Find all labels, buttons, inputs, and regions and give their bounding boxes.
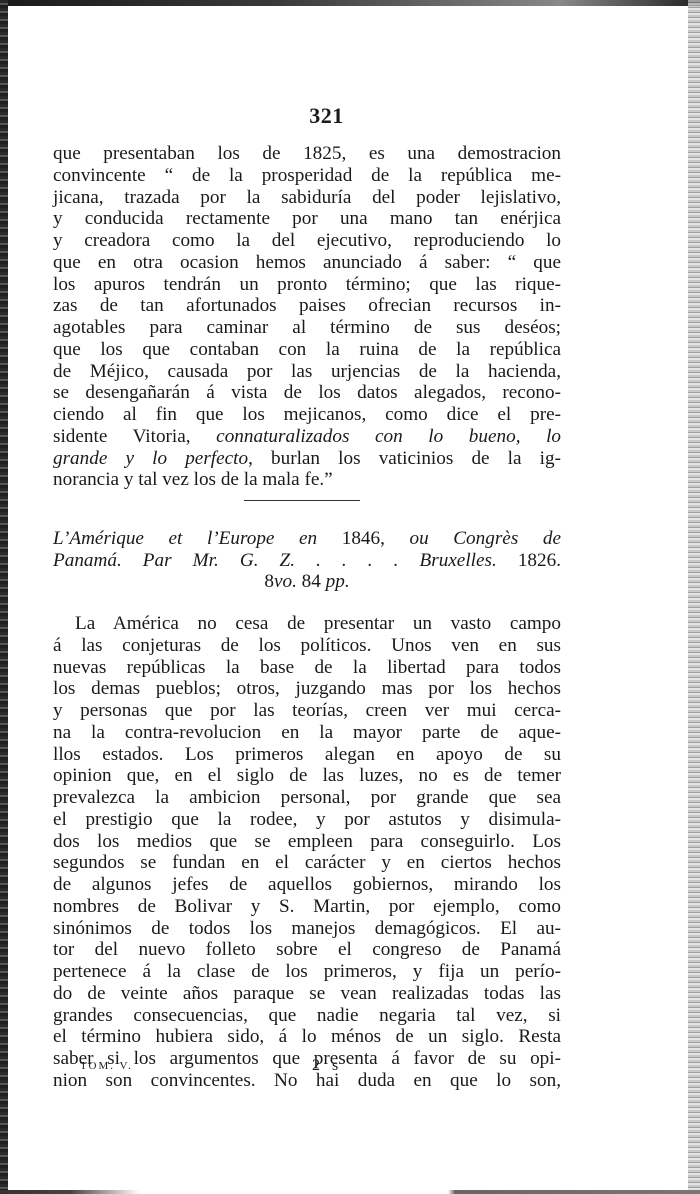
text-line: el prestigio que la rodee, y por astutos… <box>53 809 561 831</box>
text-line: dos los medios que se empleen para conse… <box>53 831 561 853</box>
review-title: L’Amérique et l’Europe en 1846, ou Congr… <box>53 528 561 593</box>
text-line: prevalezca la ambicion personal, por gra… <box>53 787 561 809</box>
quote-paragraph: que presentaban los de 1825, es una demo… <box>53 143 561 491</box>
text-line: na la contra-revolucion en la mayor part… <box>53 722 561 744</box>
text-line: tor del nuevo folleto sobre el congreso … <box>53 939 561 961</box>
text-line: sidente Vitoria, connaturalizados con lo… <box>53 426 561 448</box>
text-line: zas de tan afortunados paises ofrecian r… <box>53 295 561 317</box>
text-line: que en otra ocasion hemos anunciado á sa… <box>53 252 561 274</box>
review-paragraph: La América no cesa de presentar un vasto… <box>53 613 561 1092</box>
text-line: nombres de Bolivar y S. Martin, por ejem… <box>53 896 561 918</box>
text-line: opinion que, en el siglo de las luzes, n… <box>53 765 561 787</box>
text-line: llos estados. Los primeros alegan en apo… <box>53 744 561 766</box>
text-line: segundos se fundan en el carácter y en c… <box>53 852 561 874</box>
text-line: convincente “ de la prosperidad de la re… <box>53 165 561 187</box>
text-line: pertenece á la clase de los primeros, y … <box>53 961 561 983</box>
title-run: L’Amérique et l’Europe en <box>53 528 342 549</box>
title-line: L’Amérique et l’Europe en 1846, ou Congr… <box>53 528 561 550</box>
text-run: , burlan los vaticinios de la ig- <box>248 448 561 469</box>
scan-edge-right <box>688 0 700 1194</box>
text-line: que los que contaban con la ruina de la … <box>53 339 561 361</box>
text-line: grande y lo perfecto, burlan los vaticin… <box>53 448 561 470</box>
text-run: sidente Vitoria, <box>53 426 216 447</box>
text-line: y conducida rectamente por una mano tan … <box>53 208 561 230</box>
text-line: nuevas repúblicas la base de la libertad… <box>53 657 561 679</box>
text-line: grandes consecuencias, que nadie negaria… <box>53 1005 561 1027</box>
text-line: los apuros tendrán un pronto término; qu… <box>53 274 561 296</box>
text-line: norancia y tal vez los de la mala fe.” <box>53 469 561 491</box>
text-line: á las conjeturas de los políticos. Unos … <box>53 635 561 657</box>
text-line: agotables para caminar al término de sus… <box>53 317 561 339</box>
text-line: y creadora como la del ejecutivo, reprod… <box>53 230 561 252</box>
text-line: La América no cesa de presentar un vasto… <box>53 613 561 635</box>
title-run: 8 <box>264 571 274 592</box>
scan-edge-left <box>0 0 8 1194</box>
text-line: nion son convincentes. No hai duda en qu… <box>53 1070 561 1092</box>
volume-label: TOM. V. <box>80 1060 133 1072</box>
text-line: que presentaban los de 1825, es una demo… <box>53 143 561 165</box>
text-line: ciendo al fin que los mejicanos, como di… <box>53 404 561 426</box>
page-number: 321 <box>0 103 653 129</box>
text-line: el término hubiera sido, á lo ménos de u… <box>53 1026 561 1048</box>
text-line: de Méjico, causada por las urjencias de … <box>53 361 561 383</box>
title-line: 8vo. 84 pp. <box>53 571 561 593</box>
title-run: pp. <box>326 571 350 592</box>
title-year: 1846, <box>342 528 385 549</box>
italic-quote: grande y lo perfecto <box>53 448 248 469</box>
text-line: se desengañarán á vista de los datos ale… <box>53 382 561 404</box>
text-line: do de veinte años paraque se vean realiz… <box>53 983 561 1005</box>
text-line: y personas que por las teorías, creen ve… <box>53 700 561 722</box>
title-pages: 84 <box>302 571 326 592</box>
title-run: vo. <box>274 571 302 592</box>
title-year: 1826. <box>518 550 561 571</box>
text-line: sinónimos de todos los manejos demagógic… <box>53 918 561 940</box>
title-run: ou Congrès de <box>385 528 561 549</box>
signature-mark: 2 s <box>312 1057 342 1075</box>
text-line: de algunos jefes de aquellos gobiernos, … <box>53 874 561 896</box>
italic-quote: connaturalizados con lo bueno, lo <box>216 426 561 447</box>
scan-edge-bottom <box>0 1190 700 1194</box>
scan-edge-top <box>0 0 700 6</box>
title-line: Panamá. Par Mr. G. Z. . . . . Bruxelles.… <box>53 550 561 572</box>
text-line: los demas pueblos; otros, juzgando mas p… <box>53 678 561 700</box>
title-run: Panamá. Par Mr. G. Z. . . . . Bruxelles. <box>53 550 518 571</box>
section-separator-rule <box>244 500 360 501</box>
text-line: jicana, trazada por la sabiduría del pod… <box>53 187 561 209</box>
